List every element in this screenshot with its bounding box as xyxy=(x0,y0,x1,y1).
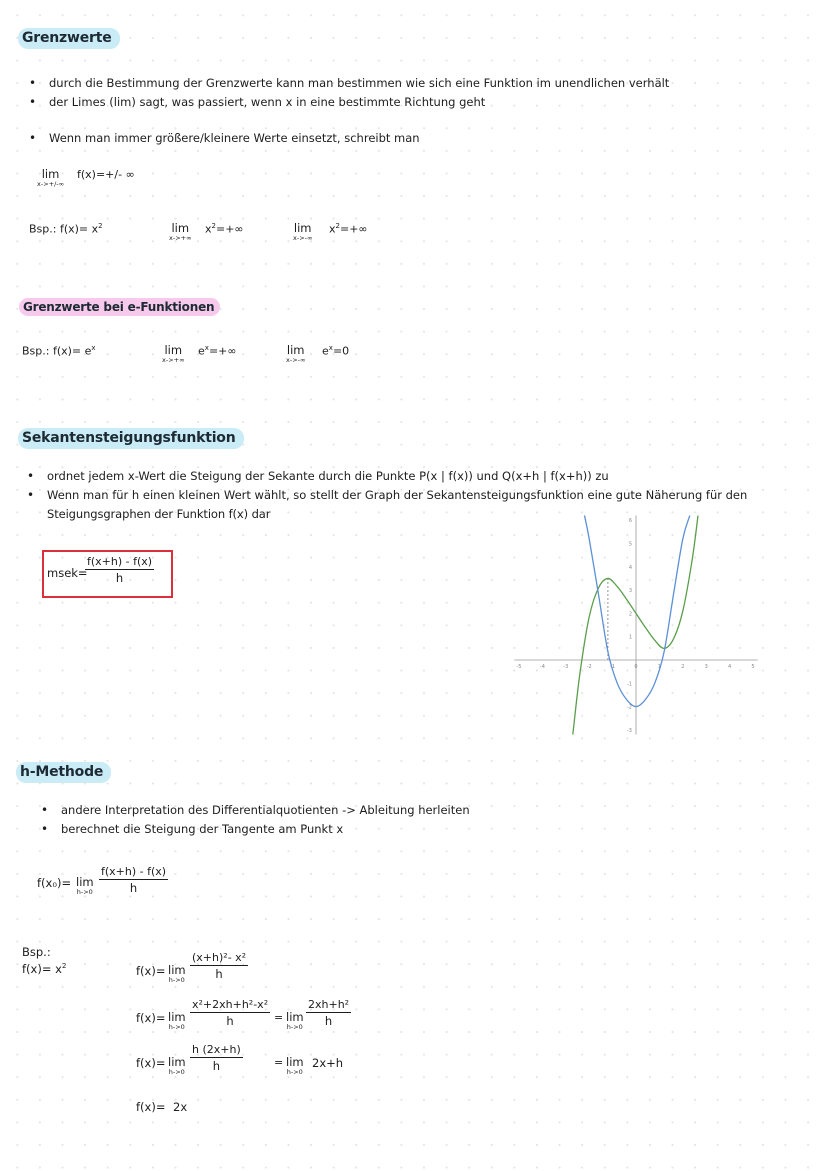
bullet-h-2: berechnet die Steigung der Tangente am P… xyxy=(61,822,343,836)
function-graph: -5-4-3-2-1012345-3-2-1123456 xyxy=(510,510,770,740)
y-tick-label: 3 xyxy=(629,588,632,594)
example-e-label: Bsp.: f(x)= ex xyxy=(22,344,96,358)
lim-sub: x->-∞ xyxy=(286,356,305,364)
lim-sub: h->0 xyxy=(168,976,186,984)
lim-label: lim xyxy=(286,344,305,356)
func-text: f(x)= x xyxy=(22,962,62,976)
bullet-sekanten-2: Wenn man für h einen kleinen Wert wählt,… xyxy=(47,488,747,502)
curve-blue xyxy=(585,516,690,707)
step2-fraction: x²+2xh+h²-x² h xyxy=(190,998,270,1028)
x-tick-label: -5 xyxy=(517,664,522,670)
x-tick-label: 0 xyxy=(634,664,637,670)
lim-label: lim xyxy=(286,1011,304,1023)
curve-green xyxy=(573,516,698,735)
lim-sub: h->0 xyxy=(286,1068,304,1076)
bullet-h-1: andere Interpretation des Differentialqu… xyxy=(61,803,470,817)
step3-lim: lim h->0 xyxy=(168,1056,186,1076)
limit-ex-neg-expr: ex=0 xyxy=(322,344,349,358)
step2-lim: lim h->0 xyxy=(168,1011,186,1031)
x-tick-label: 2 xyxy=(681,664,684,670)
result: =+∞ xyxy=(340,223,368,236)
denominator: h xyxy=(130,880,137,895)
h-example-func: f(x)= x2 xyxy=(22,962,66,976)
step4-lhs: f(x)= xyxy=(136,1100,165,1114)
msek-fraction: f(x+h) - f(x) h xyxy=(85,555,154,585)
bullet-sekanten-2-cont: Steigungsgraphen der Funktion f(x) dar xyxy=(47,507,270,521)
limit-x2-neg: lim x->-∞ xyxy=(293,222,312,242)
heading-h-methode: h-Methode xyxy=(16,762,111,783)
step4-result: 2x xyxy=(173,1100,187,1114)
step3-lhs: f(x)= xyxy=(136,1056,165,1070)
result: =+∞ xyxy=(216,223,244,236)
limit-general-expr: f(x)=+/- ∞ xyxy=(77,168,135,181)
lim-sub: h->0 xyxy=(168,1068,186,1076)
h-example-label: Bsp.: xyxy=(22,945,51,959)
numerator: 2xh+h² xyxy=(306,998,351,1013)
step2-fraction2: 2xh+h² h xyxy=(306,998,351,1028)
x-tick-label: -4 xyxy=(540,664,545,670)
limit-x2-pos: lim x->+∞ xyxy=(169,222,192,242)
lim-label: lim xyxy=(168,964,186,976)
numerator: x²+2xh+h²-x² xyxy=(190,998,270,1013)
x-tick-label: -3 xyxy=(563,664,568,670)
step3-rhs: 2x+h xyxy=(312,1056,343,1070)
exponent: x xyxy=(91,344,95,352)
h-formula-lhs: f(x₀)= xyxy=(37,876,71,890)
x-tick-label: 5 xyxy=(751,664,754,670)
denominator: h xyxy=(226,1013,233,1028)
bullet-grenzwerte-2: der Limes (lim) sagt, was passiert, wenn… xyxy=(49,95,485,109)
step3-eq: = xyxy=(274,1056,283,1069)
lim-label: lim xyxy=(293,222,312,234)
y-tick-label: 2 xyxy=(629,611,632,617)
y-tick-label: -1 xyxy=(627,681,632,687)
lim-sub: x->+∞ xyxy=(162,356,185,364)
lim-sub: x->-∞ xyxy=(293,234,312,242)
denominator: h xyxy=(215,966,222,981)
h-formula-fraction: f(x+h) - f(x) h xyxy=(99,865,168,895)
base: e xyxy=(198,345,205,358)
limit-ex-neg: lim x->-∞ xyxy=(286,344,305,364)
lim-sub: h->0 xyxy=(76,888,94,896)
step1-lim: lim h->0 xyxy=(168,964,186,984)
exponent: 2 xyxy=(62,962,66,970)
lim-sub: x->+∞ xyxy=(169,234,192,242)
x-tick-label: 3 xyxy=(705,664,708,670)
step3-lim2: lim h->0 xyxy=(286,1056,304,1076)
x-tick-label: -2 xyxy=(587,664,592,670)
example-text: Bsp.: f(x)= e xyxy=(22,345,91,358)
denominator: h xyxy=(213,1058,220,1073)
numerator: (x+h)²- x² xyxy=(190,951,248,966)
msek-lhs: msek= xyxy=(47,566,88,580)
lim-label: lim xyxy=(162,344,185,356)
lim-sub: x->+/-∞ xyxy=(37,180,64,188)
lim-sub: h->0 xyxy=(286,1023,304,1031)
exponent: 2 xyxy=(98,222,102,230)
step1-fraction: (x+h)²- x² h xyxy=(190,951,248,981)
limit-x2-neg-expr: x2=+∞ xyxy=(329,222,368,236)
limit-ex-pos-expr: ex=+∞ xyxy=(198,344,237,358)
lim-label: lim xyxy=(286,1056,304,1068)
step3-fraction: h (2x+h) h xyxy=(190,1043,243,1073)
step2-lim2: lim h->0 xyxy=(286,1011,304,1031)
step1-lhs: f(x)= xyxy=(136,964,165,978)
numerator: f(x+h) - f(x) xyxy=(85,555,154,570)
lim-label: lim xyxy=(168,1056,186,1068)
x-tick-label: 4 xyxy=(728,664,731,670)
result: =0 xyxy=(333,345,349,358)
bullet-sekanten-1: ordnet jedem x-Wert die Steigung der Sek… xyxy=(47,469,609,483)
y-tick-label: 6 xyxy=(629,518,632,524)
y-tick-label: 5 xyxy=(629,542,632,548)
step2-eq: = xyxy=(274,1011,283,1024)
bullet-grenzwerte-1: durch die Bestimmung der Grenzwerte kann… xyxy=(49,76,669,90)
example-text: Bsp.: f(x)= x xyxy=(29,223,98,236)
result: =+∞ xyxy=(209,345,237,358)
lim-sub: h->0 xyxy=(168,1023,186,1031)
example-grenzwerte-label: Bsp.: f(x)= x2 xyxy=(29,222,103,236)
limit-ex-pos: lim x->+∞ xyxy=(162,344,185,364)
lim-label: lim xyxy=(76,876,94,888)
y-tick-label: -3 xyxy=(627,728,632,734)
step2-lhs: f(x)= xyxy=(136,1011,165,1025)
denominator: h xyxy=(116,570,123,585)
numerator: h (2x+h) xyxy=(190,1043,243,1058)
h-formula-lim: lim h->0 xyxy=(76,876,94,896)
heading-e-funktionen: Grenzwerte bei e-Funktionen xyxy=(19,298,220,316)
lim-label: lim xyxy=(169,222,192,234)
numerator: f(x+h) - f(x) xyxy=(99,865,168,880)
lim-label: lim xyxy=(37,168,64,180)
lim-label: lim xyxy=(168,1011,186,1023)
base: e xyxy=(322,345,329,358)
heading-sekantensteigungsfunktion: Sekantensteigungsfunktion xyxy=(18,428,244,449)
limit-x2-pos-expr: x2=+∞ xyxy=(205,222,244,236)
limit-general: lim x->+/-∞ xyxy=(37,168,64,188)
y-tick-label: 1 xyxy=(629,635,632,641)
bullet-grenzwerte-3: Wenn man immer größere/kleinere Werte ei… xyxy=(49,131,420,145)
y-tick-label: 4 xyxy=(629,565,632,571)
heading-grenzwerte: Grenzwerte xyxy=(18,28,120,49)
denominator: h xyxy=(325,1013,332,1028)
y-tick-label: -2 xyxy=(627,705,632,711)
